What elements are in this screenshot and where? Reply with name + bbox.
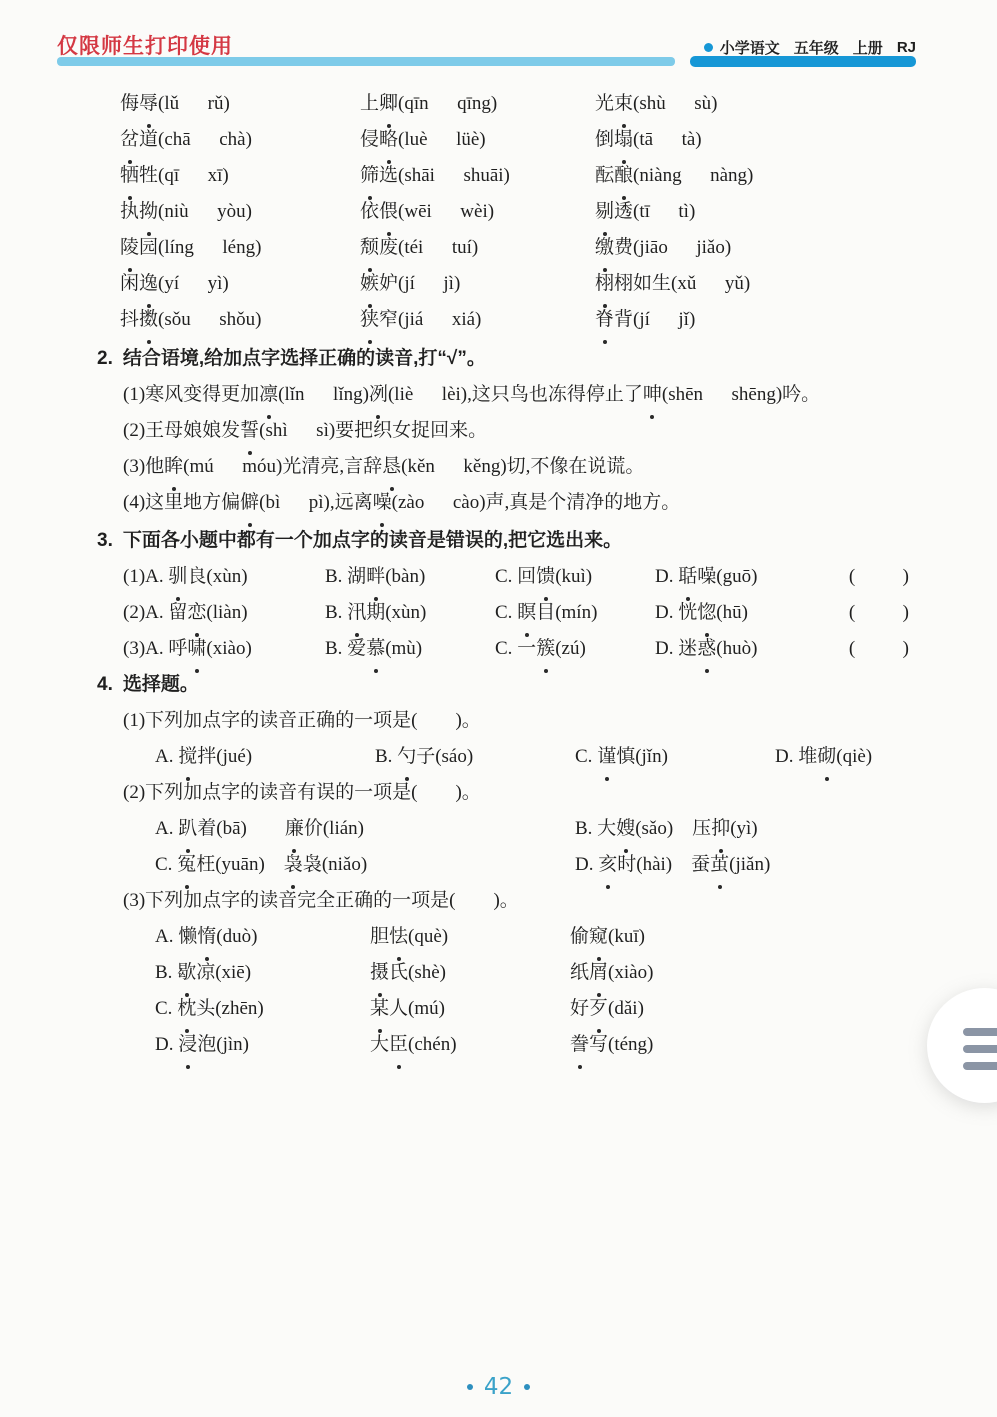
option-item: 纸屑(xiào) — [570, 955, 915, 991]
dotted-char: 屑 — [589, 955, 608, 991]
dotted-char: 啸 — [187, 631, 206, 667]
word-item: 倒塌(tā tà) — [595, 122, 950, 158]
dotted-char: 脊 — [595, 302, 614, 338]
word-item: 执拗(niù yòu) — [120, 194, 360, 230]
word-list: 侮辱(lǔ rǔ)上卿(qīn qīng)光束(shù sù)岔道(chā ch… — [120, 86, 950, 338]
question-3: 3.下面各小题中都有一个加点字的读音是错误的,把它选出来。 (1)A. 驯良(x… — [97, 523, 915, 667]
option-item: 大臣(chén) — [370, 1027, 570, 1063]
option-cell: (3)A. 呼啸(xiào) — [123, 631, 325, 667]
dotted-char: 怯 — [389, 919, 408, 955]
edition-info: 小学语文 五年级 上册 RJ — [704, 37, 916, 58]
choice-row: (1)A. 驯良(xùn)B. 湖畔(bàn)C. 回馈(kuì)D. 聒噪(g… — [97, 559, 915, 595]
option-item: 誊写(téng) — [570, 1027, 915, 1063]
question-title: 下面各小题中都有一个加点字的读音是错误的,把它选出来。 — [123, 530, 622, 551]
dotted-char: 汛 — [347, 595, 366, 631]
sentence-item: (3)他眸(mú móu)光清亮,言辞恳(kěn kěng)切,不像在说谎。 — [97, 449, 915, 485]
word-item: 嫉妒(jí jì) — [360, 266, 595, 302]
dotted-char: 勺 — [397, 739, 416, 775]
question-stem: (1)下列加点字的读音正确的一项是( )。 — [97, 703, 915, 739]
option-item: 胆怯(què) — [370, 919, 570, 955]
dotted-char: 陵 — [120, 230, 139, 266]
header-divider-left — [57, 57, 675, 66]
option-row: D. 浸泡(jìn)大臣(chén)誊写(téng) — [97, 1027, 915, 1063]
option-cell: (1)A. 驯良(xùn) — [123, 559, 325, 595]
dotted-char: 拗 — [139, 194, 158, 230]
item-label: (3) — [123, 638, 145, 659]
choice-row: (3)A. 呼啸(xiào)B. 爱慕(mù)C. 一簇(zú)D. 迷惑(hu… — [97, 631, 915, 667]
circle-bullet-icon — [704, 43, 713, 52]
option-item: A. 留恋(liàn) — [145, 602, 247, 623]
question-2-items: (1)寒风变得更加凛(lǐn lǐng)冽(liè lèi),这只鸟也冻得停止了… — [97, 377, 915, 521]
word-item: 上卿(qīn qīng) — [360, 86, 595, 122]
question-stem: (2)下列加点字的读音有误的一项是( )。 — [97, 775, 915, 811]
dotted-char: 岔 — [120, 122, 139, 158]
option-item: C. 枕头(zhēn) — [155, 991, 370, 1027]
option-item: C. 瞑目(mín) — [495, 595, 655, 631]
question-number: 3. — [97, 530, 113, 551]
question-number: 4. — [97, 674, 113, 695]
option-item: D. 聒噪(guō) — [655, 559, 845, 595]
edition-grade: 五年级 — [794, 37, 839, 58]
sentence-item: (1)寒风变得更加凛(lǐn lǐng)冽(liè lèi),这只鸟也冻得停止了… — [97, 377, 915, 413]
word-item: 筛选(shāi shuāi) — [360, 158, 595, 194]
option-item: D. 堆砌(qiè) — [775, 739, 915, 775]
option-row: A. 懒惰(duò)胆怯(què)偷窥(kuī) — [97, 919, 915, 955]
option-item: 偷窥(kuī) — [570, 919, 915, 955]
word-item: 颓废(téi tuí) — [360, 230, 595, 266]
option-cell: (2)A. 留恋(liàn) — [123, 595, 325, 631]
option-item: A. 呼啸(xiào) — [145, 638, 252, 659]
dotted-char: 狭 — [360, 302, 379, 338]
dotted-char: 塌 — [614, 122, 633, 158]
dotted-char: 擞 — [139, 302, 158, 338]
dotted-char: 惚 — [697, 595, 716, 631]
option-row: A. 趴着(bā) 廉价(lián)B. 大嫂(sǎo) 压抑(yì) — [97, 811, 915, 847]
dotted-char: 亥 — [598, 847, 617, 883]
sentence-item: (2)王母娘娘发誓(shì sì)要把织女捉回来。 — [97, 413, 915, 449]
dotted-char: 牺 — [120, 158, 139, 194]
dot-icon — [467, 1384, 473, 1390]
dotted-char: 呻 — [643, 377, 662, 413]
edition-code: RJ — [897, 39, 916, 56]
edition-subject: 小学语文 — [720, 37, 780, 58]
dotted-char: 惰 — [197, 919, 216, 955]
dotted-char: 嫉 — [360, 266, 379, 302]
question-stem: (3)下列加点字的读音完全正确的一项是( )。 — [97, 883, 915, 919]
option-row: C. 枕头(zhēn)某人(mú)好歹(dǎi) — [97, 991, 915, 1027]
dotted-char: 僻 — [240, 485, 259, 521]
dotted-char: 酿 — [614, 158, 633, 194]
word-item: 陵园(líng léng) — [120, 230, 360, 266]
item-label: (1) — [123, 566, 145, 587]
option-item: B. 湖畔(bàn) — [325, 559, 495, 595]
dotted-char: 抑 — [711, 811, 730, 847]
option-item: A. 懒惰(duò) — [155, 919, 370, 955]
option-item: D. 恍惚(hū) — [655, 595, 845, 631]
question-2: 2.结合语境,给加点字选择正确的读音,打“√”。 (1)寒风变得更加凛(lǐn … — [97, 341, 915, 521]
question-3-heading: 3.下面各小题中都有一个加点字的读音是错误的,把它选出来。 — [97, 523, 915, 559]
dotted-char: 卿 — [379, 86, 398, 122]
dotted-char: 誊 — [570, 1027, 589, 1063]
page-number: 42 — [0, 1374, 997, 1400]
question-4-body: (1)下列加点字的读音正确的一项是( )。A. 搅拌(jué)B. 勺子(sáo… — [97, 703, 915, 1063]
word-item: 栩栩如生(xǔ yǔ) — [595, 266, 950, 302]
option-item: B. 歇凉(xiē) — [155, 955, 370, 991]
dotted-char: 臣 — [389, 1027, 408, 1063]
dotted-char: 缴 — [595, 230, 614, 266]
dotted-char: 簇 — [536, 631, 555, 667]
word-item: 狭窄(jiá xiá) — [360, 302, 595, 338]
answer-blank: ( ) — [845, 559, 915, 595]
dotted-char: 砌 — [817, 739, 836, 775]
option-item: D. 浸泡(jìn) — [155, 1027, 370, 1063]
dotted-char: 恳 — [382, 449, 401, 485]
dotted-char: 歇 — [177, 955, 196, 991]
question-3-items: (1)A. 驯良(xùn)B. 湖畔(bàn)C. 回馈(kuì)D. 聒噪(g… — [97, 559, 915, 667]
page-number-value: 42 — [484, 1374, 513, 1400]
question-title: 结合语境,给加点字选择正确的读音,打“√”。 — [123, 348, 486, 369]
option-item: B. 勺子(sáo) — [375, 739, 575, 775]
dotted-char: 摄 — [370, 955, 389, 991]
dotted-char: 逸 — [139, 266, 158, 302]
dotted-char: 誓 — [240, 413, 259, 449]
option-item: 好歹(dǎi) — [570, 991, 915, 1027]
option-item: C. 回馈(kuì) — [495, 559, 655, 595]
sentence-item: (4)这里地方偏僻(bì pì),远离噪(zào cào)声,真是个清净的地方。 — [97, 485, 915, 521]
dotted-char: 辱 — [139, 86, 158, 122]
question-4-heading: 4.选择题。 — [97, 667, 915, 703]
word-item: 抖擞(sǒu shǒu) — [120, 302, 360, 338]
dotted-char: 凛 — [259, 377, 278, 413]
dotted-char: 略 — [379, 122, 398, 158]
dotted-char: 畔 — [366, 559, 385, 595]
word-item: 剔透(tī tì) — [595, 194, 950, 230]
option-item: A. 趴着(bā) 廉价(lián) — [155, 811, 575, 847]
word-item: 依偎(wēi wèi) — [360, 194, 595, 230]
dotted-char: 瞑 — [517, 595, 536, 631]
word-item: 脊背(jí jǐ) — [595, 302, 950, 338]
dotted-char: 恋 — [187, 595, 206, 631]
dotted-char: 栩 — [595, 266, 614, 302]
dotted-char: 驯 — [168, 559, 187, 595]
question-4: 4.选择题。 (1)下列加点字的读音正确的一项是( )。A. 搅拌(jué)B.… — [97, 667, 915, 1063]
dotted-char: 冤 — [177, 847, 196, 883]
dotted-char: 束 — [614, 86, 633, 122]
dotted-char: 某 — [370, 991, 389, 1027]
choice-row: (2)A. 留恋(liàn)B. 汛期(xùn)C. 瞑目(mín)D. 恍惚(… — [97, 595, 915, 631]
dotted-char: 冽 — [369, 377, 388, 413]
dotted-char: 聒 — [678, 559, 697, 595]
option-item: C. 冤枉(yuān) 袅袅(niǎo) — [155, 847, 575, 883]
word-item: 岔道(chā chà) — [120, 122, 360, 158]
dotted-char: 剔 — [595, 194, 614, 230]
dotted-char: 惑 — [697, 631, 716, 667]
word-item: 光束(shù sù) — [595, 86, 950, 122]
word-item: 缴费(jiāo jiǎo) — [595, 230, 950, 266]
option-item: 某人(mú) — [370, 991, 570, 1027]
dotted-char: 颓 — [360, 230, 379, 266]
dotted-char: 筛 — [360, 158, 379, 194]
answer-blank: ( ) — [845, 631, 915, 667]
option-row: C. 冤枉(yuān) 袅袅(niǎo)D. 亥时(hài) 蚕茧(jiǎn) — [97, 847, 915, 883]
edition-volume: 上册 — [853, 37, 883, 58]
dotted-char: 窥 — [589, 919, 608, 955]
dotted-char: 廉 — [285, 811, 304, 847]
option-item: A. 搅拌(jué) — [155, 739, 375, 775]
option-item: D. 迷惑(huò) — [655, 631, 845, 667]
dotted-char: 眸 — [164, 449, 183, 485]
word-item: 侵略(luè lüè) — [360, 122, 595, 158]
option-item: B. 大嫂(sǎo) 压抑(yì) — [575, 811, 915, 847]
print-restriction-watermark: 仅限师生打印使用 — [57, 30, 233, 60]
answer-blank: ( ) — [845, 595, 915, 631]
word-item: 闲逸(yí yì) — [120, 266, 360, 302]
dotted-char: 浸 — [178, 1027, 197, 1063]
question-2-heading: 2.结合语境,给加点字选择正确的读音,打“√”。 — [97, 341, 915, 377]
dotted-char: 噪 — [373, 485, 392, 521]
option-item: A. 驯良(xùn) — [145, 566, 247, 587]
option-item: 摄氏(shè) — [370, 955, 570, 991]
dotted-char: 歹 — [589, 991, 608, 1027]
dotted-char: 搅 — [178, 739, 197, 775]
option-row: A. 搅拌(jué)B. 勺子(sáo)C. 谨慎(jǐn)D. 堆砌(qiè) — [97, 739, 915, 775]
question-title: 选择题。 — [123, 674, 199, 695]
dotted-char: 枕 — [177, 991, 196, 1027]
option-item: B. 爱慕(mù) — [325, 631, 495, 667]
word-item: 牺牲(qī xī) — [120, 158, 360, 194]
option-item: C. 谨慎(jǐn) — [575, 739, 775, 775]
dotted-char: 趴 — [178, 811, 197, 847]
dotted-char: 馈 — [536, 559, 555, 595]
option-item: B. 汛期(xùn) — [325, 595, 495, 631]
dotted-char: 袅 — [284, 847, 303, 883]
option-item: C. 一簇(zú) — [495, 631, 655, 667]
dotted-char: 偎 — [379, 194, 398, 230]
menu-fab-button[interactable] — [927, 988, 997, 1103]
dotted-char: 慕 — [366, 631, 385, 667]
dotted-char: 谨 — [597, 739, 616, 775]
option-row: B. 歇凉(xiē)摄氏(shè)纸屑(xiào) — [97, 955, 915, 991]
dotted-char: 嫂 — [616, 811, 635, 847]
item-label: (2) — [123, 602, 145, 623]
word-item: 酝酿(niàng nàng) — [595, 158, 950, 194]
header-divider-right — [690, 56, 916, 67]
question-number: 2. — [97, 348, 113, 369]
dot-icon — [524, 1384, 530, 1390]
dotted-char: 茧 — [710, 847, 729, 883]
word-item: 侮辱(lǔ rǔ) — [120, 86, 360, 122]
worksheet-page: 仅限师生打印使用 小学语文 五年级 上册 RJ 侮辱(lǔ rǔ)上卿(qīn … — [0, 0, 997, 1417]
